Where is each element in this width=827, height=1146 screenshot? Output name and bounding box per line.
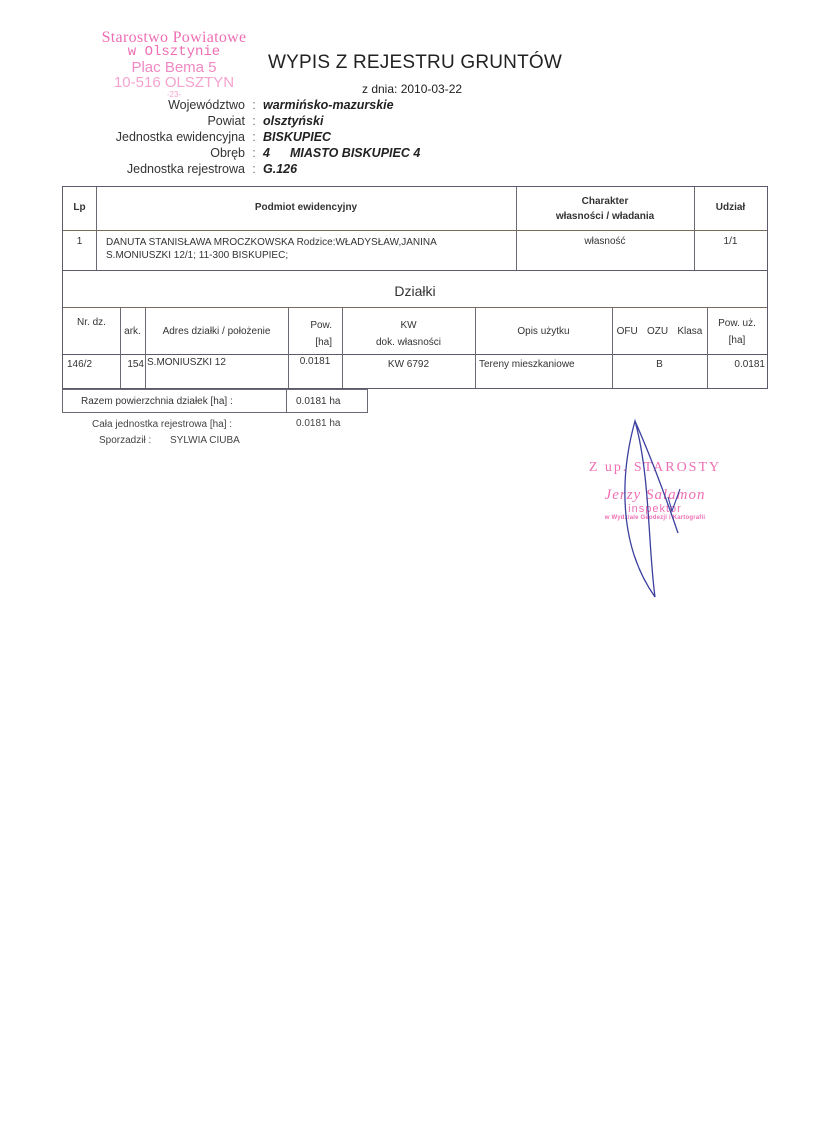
parcel-pow: 0.0181 (288, 356, 342, 367)
meta-value: olsztyński (263, 113, 323, 129)
meta-label: Jednostka rejestrowa (100, 161, 245, 177)
meta-separator: : (245, 145, 263, 161)
meta-separator: : (245, 129, 263, 145)
meta-row-wojewodztwo: Województwo : warmińsko-mazurskie (100, 97, 420, 113)
office-stamp: Starostwo Powiatowe w Olsztynie Plac Bem… (84, 30, 264, 99)
meta-row-obreb: Obręb : 4MIASTO BISKUPIEC 4 (100, 145, 420, 161)
header-kw-line2: dok. własności (342, 334, 475, 351)
total-area-value: 0.0181 ha (296, 396, 341, 407)
header-charakter-line2: własności / władania (516, 209, 694, 224)
header-lp: Lp (63, 202, 96, 213)
meta-separator: : (245, 97, 263, 113)
parcels-title: Działki (63, 283, 767, 299)
meta-row-jednostka-rejestrowa: Jednostka rejestrowa : G.126 (100, 161, 420, 177)
meta-label: Jednostka ewidencyjna (100, 129, 245, 145)
signature-icon (600, 415, 710, 605)
meta-label: Obręb (100, 145, 245, 161)
header-kw: KW dok. własności (342, 317, 475, 351)
header-pow-uz-line2: [ha] (707, 332, 767, 349)
owner-name: DANUTA STANISŁAWA MROCZKOWSKA Rodzice:WŁ… (106, 236, 511, 249)
meta-label: Województwo (100, 97, 245, 113)
meta-value: warmińsko-mazurskie (263, 97, 394, 113)
header-udzial: Udział (694, 202, 767, 213)
parcels-table: Działki Nr. dz. ark. Adres działki / poł… (62, 270, 768, 389)
owner-charakter: własność (516, 236, 694, 247)
obreb-number: 4 (263, 146, 270, 160)
header-charakter-line1: Charakter (516, 194, 694, 209)
meta-value-number: 4MIASTO BISKUPIEC 4 (263, 145, 420, 161)
document-title: WYPIS Z REJESTRU GRUNTÓW (268, 52, 562, 74)
header-adres: Adres działki / położenie (145, 326, 288, 337)
stamp-line-street: Plac Bema 5 (84, 60, 264, 75)
header-ark: ark. (120, 326, 145, 337)
prepared-by-label: Sporzadził : (99, 435, 151, 446)
parcel-ofu: B (612, 359, 707, 370)
parcel-kw: KW 6792 (342, 359, 475, 370)
owner-lp: 1 (63, 236, 96, 247)
header-podmiot: Podmiot ewidencyjny (96, 202, 516, 213)
owners-table: Lp Podmiot ewidencyjny Charakter własnoś… (62, 186, 768, 271)
owner-udzial: 1/1 (694, 236, 767, 247)
total-area-label: Razem powierzchnia działek [ha] : (81, 396, 233, 407)
parcel-pow-uz: 0.0181 (707, 359, 765, 370)
header-pow-line1: Pow. (288, 317, 332, 334)
stamp-line-office: Starostwo Powiatowe (84, 30, 264, 45)
parcel-ark: 154 (120, 359, 144, 370)
header-klasa: Klasa (677, 326, 702, 337)
register-metadata: Województwo : warmińsko-mazurskie Powiat… (100, 97, 420, 177)
meta-value: G.126 (263, 161, 297, 177)
parcel-opis: Tereny mieszkaniowe (479, 359, 612, 370)
stamp-line-city: w Olsztynie (84, 45, 264, 60)
stamp-line-postcode: 10-516 OLSZTYN (84, 75, 264, 90)
total-area-box: Razem powierzchnia działek [ha] : 0.0181… (62, 389, 368, 413)
header-pow-uz-line1: Pow. uż. (707, 315, 767, 332)
header-charakter: Charakter własności / władania (516, 194, 694, 224)
meta-label: Powiat (100, 113, 245, 129)
header-ofu: OFU (617, 326, 638, 337)
header-opis: Opis użytku (475, 326, 612, 337)
obreb-name: MIASTO BISKUPIEC 4 (290, 146, 420, 160)
header-kw-line1: KW (342, 317, 475, 334)
register-unit-area-value: 0.0181 ha (296, 418, 341, 429)
register-unit-area-label: Cała jednostka rejestrowa [ha] : (92, 419, 232, 430)
meta-row-jednostka-ewidencyjna: Jednostka ewidencyjna : BISKUPIEC (100, 129, 420, 145)
document-date: z dnia: 2010-03-22 (362, 82, 462, 96)
header-nr-dz: Nr. dz. (63, 317, 120, 328)
header-pow-line2: [ha] (288, 334, 332, 351)
prepared-by-value: SYLWIA CIUBA (170, 435, 240, 446)
parcel-adres: S.MONIUSZKI 12 (147, 357, 287, 368)
meta-separator: : (245, 161, 263, 177)
parcel-nr-dz: 146/2 (67, 359, 120, 370)
header-ofu-ozu-klasa: OFU OZU Klasa (612, 326, 707, 337)
meta-row-powiat: Powiat : olsztyński (100, 113, 420, 129)
header-pow-uz: Pow. uż. [ha] (707, 315, 767, 349)
header-ozu: OZU (647, 326, 668, 337)
owner-address: S.MONIUSZKI 12/1; 11-300 BISKUPIEC; (106, 249, 511, 262)
meta-value: BISKUPIEC (263, 129, 331, 145)
meta-separator: : (245, 113, 263, 129)
owner-podmiot: DANUTA STANISŁAWA MROCZKOWSKA Rodzice:WŁ… (106, 236, 511, 262)
header-pow: Pow. [ha] (288, 317, 342, 351)
